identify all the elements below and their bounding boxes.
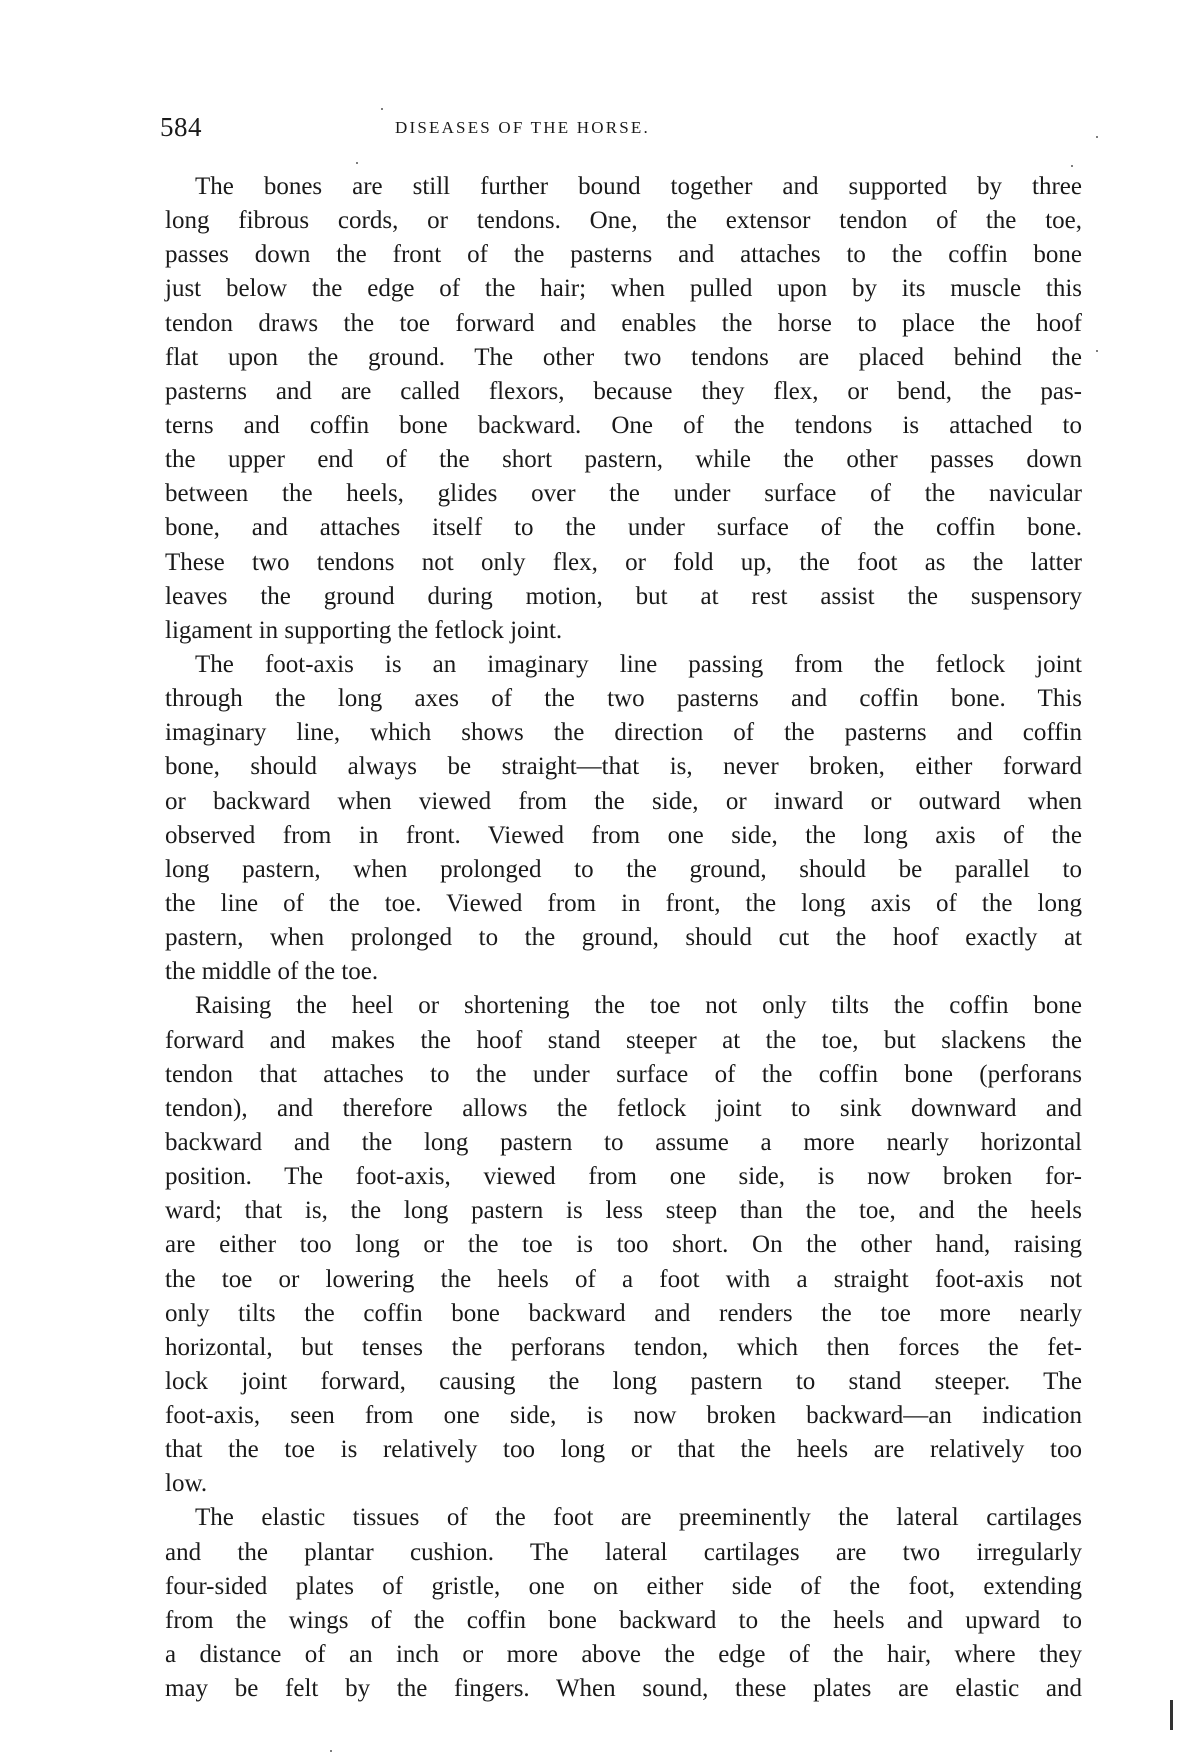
book-page: 584 DISEASES OF THE HORSE. The bones are… bbox=[0, 0, 1200, 1752]
text-line: ligament in supporting the fetlock joint… bbox=[165, 614, 1082, 648]
running-header: 584 DISEASES OF THE HORSE. bbox=[160, 112, 1080, 148]
scan-speck bbox=[1071, 165, 1073, 167]
text-line: pasterns and are called flexors, because… bbox=[165, 375, 1082, 409]
binding-edge-mark bbox=[1170, 1700, 1173, 1730]
text-line: position. The foot-axis, viewed from one… bbox=[165, 1160, 1082, 1194]
text-line: may be felt by the fingers. When sound, … bbox=[165, 1672, 1082, 1706]
text-line: terns and coffin bone backward. One of t… bbox=[165, 409, 1082, 443]
text-line: that the toe is relatively too long or t… bbox=[165, 1433, 1082, 1467]
text-line: and the plantar cushion. The lateral car… bbox=[165, 1536, 1082, 1570]
text-line: forward and makes the hoof stand steeper… bbox=[165, 1024, 1082, 1058]
text-line: tendon draws the toe forward and enables… bbox=[165, 307, 1082, 341]
text-line: imaginary line, which shows the directio… bbox=[165, 716, 1082, 750]
text-line: The foot-axis is an imaginary line passi… bbox=[165, 648, 1082, 682]
text-line: four-sided plates of gristle, one on eit… bbox=[165, 1570, 1082, 1604]
text-line: The elastic tissues of the foot are pree… bbox=[165, 1501, 1082, 1535]
text-line: horizontal, but tenses the perforans ten… bbox=[165, 1331, 1082, 1365]
paragraph-2: The foot-axis is an imaginary line passi… bbox=[165, 648, 1082, 989]
text-line: These two tendons not only flex, or fold… bbox=[165, 546, 1082, 580]
text-line: ward; that is, the long pastern is less … bbox=[165, 1194, 1082, 1228]
text-line: bone, and attaches itself to the under s… bbox=[165, 511, 1082, 545]
text-line: are either too long or the toe is too sh… bbox=[165, 1228, 1082, 1262]
text-line: backward and the long pastern to assume … bbox=[165, 1126, 1082, 1160]
text-line: or backward when viewed from the side, o… bbox=[165, 785, 1082, 819]
text-line: lock joint forward, causing the long pas… bbox=[165, 1365, 1082, 1399]
text-line: passes down the front of the pasterns an… bbox=[165, 238, 1082, 272]
text-line: only tilts the coffin bone backward and … bbox=[165, 1297, 1082, 1331]
text-line: between the heels, glides over the under… bbox=[165, 477, 1082, 511]
scan-speck bbox=[1096, 350, 1098, 352]
text-line: pastern, when prolonged to the ground, s… bbox=[165, 921, 1082, 955]
text-line: the line of the toe. Viewed from in fron… bbox=[165, 887, 1082, 921]
text-line: the toe or lowering the heels of a foot … bbox=[165, 1263, 1082, 1297]
text-line: just below the edge of the hair; when pu… bbox=[165, 272, 1082, 306]
running-title: DISEASES OF THE HORSE. bbox=[395, 118, 650, 138]
text-line: low. bbox=[165, 1467, 1082, 1501]
text-line: leaves the ground during motion, but at … bbox=[165, 580, 1082, 614]
text-line: the upper end of the short pastern, whil… bbox=[165, 443, 1082, 477]
text-line: foot-axis, seen from one side, is now br… bbox=[165, 1399, 1082, 1433]
paragraph-3: Raising the heel or shortening the toe n… bbox=[165, 989, 1082, 1501]
text-line: flat upon the ground. The other two tend… bbox=[165, 341, 1082, 375]
paragraph-1: The bones are still further bound togeth… bbox=[165, 170, 1082, 648]
text-line: long fibrous cords, or tendons. One, the… bbox=[165, 204, 1082, 238]
text-line: long pastern, when prolonged to the grou… bbox=[165, 853, 1082, 887]
text-line: The bones are still further bound togeth… bbox=[165, 170, 1082, 204]
text-line: from the wings of the coffin bone backwa… bbox=[165, 1604, 1082, 1638]
body-text: The bones are still further bound togeth… bbox=[165, 170, 1082, 1706]
text-line: the middle of the toe. bbox=[165, 955, 1082, 989]
text-line: tendon), and therefore allows the fetloc… bbox=[165, 1092, 1082, 1126]
scan-speck bbox=[381, 108, 383, 110]
text-line: observed from in front. Viewed from one … bbox=[165, 819, 1082, 853]
scan-speck bbox=[356, 162, 358, 164]
text-line: through the long axes of the two pastern… bbox=[165, 682, 1082, 716]
text-line: tendon that attaches to the under surfac… bbox=[165, 1058, 1082, 1092]
text-line: bone, should always be straight—that is,… bbox=[165, 750, 1082, 784]
text-line: Raising the heel or shortening the toe n… bbox=[165, 989, 1082, 1023]
scan-speck bbox=[1096, 136, 1098, 138]
paragraph-4: The elastic tissues of the foot are pree… bbox=[165, 1501, 1082, 1706]
page-number: 584 bbox=[160, 112, 202, 143]
text-line: a distance of an inch or more above the … bbox=[165, 1638, 1082, 1672]
